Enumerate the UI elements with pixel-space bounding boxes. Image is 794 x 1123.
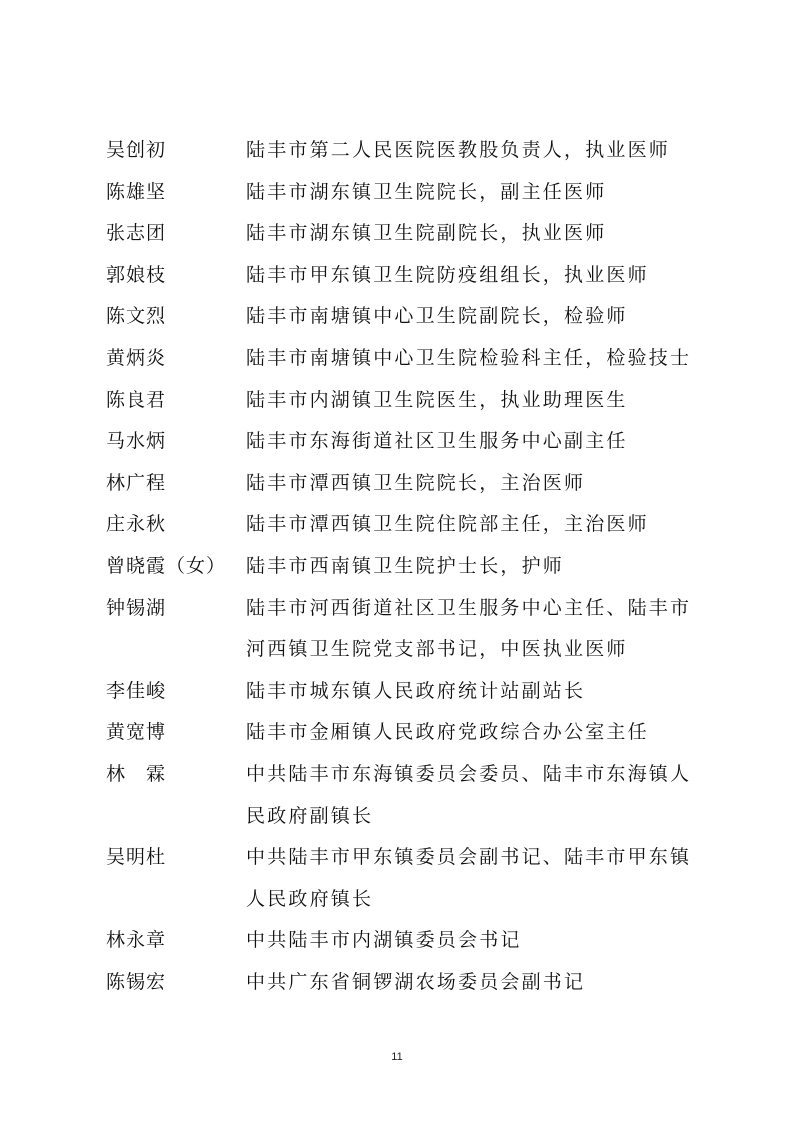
list-item: 庄永秋 陆丰市潭西镇卫生院住院部主任，主治医师 — [106, 504, 706, 546]
person-title: 中共陆丰市内湖镇委员会书记 — [246, 920, 706, 962]
person-title: 陆丰市潭西镇卫生院住院部主任，主治医师 — [246, 504, 706, 546]
person-name: 曾晓霞（女） — [106, 546, 246, 588]
personnel-list: 吴创初 陆丰市第二人民医院医教股负责人，执业医师 陈雄坚 陆丰市湖东镇卫生院院长… — [106, 130, 706, 1003]
list-item: 曾晓霞（女） 陆丰市西南镇卫生院护士长，护师 — [106, 546, 706, 588]
list-item: 郭娘枝 陆丰市甲东镇卫生院防疫组组长，执业医师 — [106, 255, 706, 297]
person-title: 陆丰市西南镇卫生院护士长，护师 — [246, 546, 706, 588]
person-name: 郭娘枝 — [106, 255, 246, 297]
title-line: 陆丰市湖东镇卫生院副院长，执业医师 — [246, 213, 706, 255]
list-item: 林永章 中共陆丰市内湖镇委员会书记 — [106, 920, 706, 962]
title-line: 中共广东省铜锣湖农场委员会副书记 — [246, 962, 706, 1004]
person-name: 马水炳 — [106, 421, 246, 463]
person-title: 陆丰市南塘镇中心卫生院副院长，检验师 — [246, 296, 706, 338]
person-name: 钟锡湖 — [106, 588, 246, 630]
title-line: 陆丰市第二人民医院医教股负责人，执业医师 — [246, 130, 706, 172]
person-name: 陈锡宏 — [106, 962, 246, 1004]
title-line: 陆丰市东海街道社区卫生服务中心副主任 — [246, 421, 706, 463]
title-line: 陆丰市城东镇人民政府统计站副站长 — [246, 671, 706, 713]
title-line: 陆丰市内湖镇卫生院医生，执业助理医生 — [246, 380, 706, 422]
list-item: 钟锡湖 陆丰市河西街道社区卫生服务中心主任、陆丰市 河西镇卫生院党支部书记，中医… — [106, 588, 706, 671]
person-name: 陈文烈 — [106, 296, 246, 338]
person-name: 张志团 — [106, 213, 246, 255]
list-item: 马水炳 陆丰市东海街道社区卫生服务中心副主任 — [106, 421, 706, 463]
title-line: 中共陆丰市东海镇委员会委员、陆丰市东海镇人 — [246, 754, 706, 796]
person-name: 李佳峻 — [106, 671, 246, 713]
list-item: 林 霖 中共陆丰市东海镇委员会委员、陆丰市东海镇人 民政府副镇长 — [106, 754, 706, 837]
list-item: 陈文烈 陆丰市南塘镇中心卫生院副院长，检验师 — [106, 296, 706, 338]
page-number: 11 — [0, 1051, 794, 1063]
title-line: 陆丰市潭西镇卫生院院长，主治医师 — [246, 463, 706, 505]
person-title: 陆丰市湖东镇卫生院院长，副主任医师 — [246, 172, 706, 214]
document-page: 吴创初 陆丰市第二人民医院医教股负责人，执业医师 陈雄坚 陆丰市湖东镇卫生院院长… — [0, 0, 794, 1123]
person-name: 林永章 — [106, 920, 246, 962]
person-name: 黄炳炎 — [106, 338, 246, 380]
person-name: 庄永秋 — [106, 504, 246, 546]
list-item: 吴明杜 中共陆丰市甲东镇委员会副书记、陆丰市甲东镇 人民政府镇长 — [106, 837, 706, 920]
title-line: 陆丰市湖东镇卫生院院长，副主任医师 — [246, 172, 706, 214]
title-line: 陆丰市金厢镇人民政府党政综合办公室主任 — [246, 712, 706, 754]
person-title: 中共广东省铜锣湖农场委员会副书记 — [246, 962, 706, 1004]
list-item: 林广程 陆丰市潭西镇卫生院院长，主治医师 — [106, 463, 706, 505]
person-title: 陆丰市甲东镇卫生院防疫组组长，执业医师 — [246, 255, 706, 297]
person-name: 林广程 — [106, 463, 246, 505]
person-name: 黄宽博 — [106, 712, 246, 754]
title-line: 河西镇卫生院党支部书记，中医执业医师 — [246, 629, 706, 671]
person-title: 中共陆丰市甲东镇委员会副书记、陆丰市甲东镇 人民政府镇长 — [246, 837, 706, 920]
person-title: 陆丰市潭西镇卫生院院长，主治医师 — [246, 463, 706, 505]
title-line: 陆丰市甲东镇卫生院防疫组组长，执业医师 — [246, 255, 706, 297]
person-title: 中共陆丰市东海镇委员会委员、陆丰市东海镇人 民政府副镇长 — [246, 754, 706, 837]
person-name: 陈雄坚 — [106, 172, 246, 214]
list-item: 陈良君 陆丰市内湖镇卫生院医生，执业助理医生 — [106, 380, 706, 422]
list-item: 黄宽博 陆丰市金厢镇人民政府党政综合办公室主任 — [106, 712, 706, 754]
person-name: 吴明杜 — [106, 837, 246, 879]
person-title: 陆丰市湖东镇卫生院副院长，执业医师 — [246, 213, 706, 255]
title-line: 陆丰市南塘镇中心卫生院检验科主任，检验技士 — [246, 338, 706, 380]
list-item: 张志团 陆丰市湖东镇卫生院副院长，执业医师 — [106, 213, 706, 255]
title-line: 陆丰市西南镇卫生院护士长，护师 — [246, 546, 706, 588]
title-line: 陆丰市河西街道社区卫生服务中心主任、陆丰市 — [246, 588, 706, 630]
list-item: 陈雄坚 陆丰市湖东镇卫生院院长，副主任医师 — [106, 172, 706, 214]
person-title: 陆丰市第二人民医院医教股负责人，执业医师 — [246, 130, 706, 172]
title-line: 人民政府镇长 — [246, 879, 706, 921]
person-title: 陆丰市金厢镇人民政府党政综合办公室主任 — [246, 712, 706, 754]
person-title: 陆丰市南塘镇中心卫生院检验科主任，检验技士 — [246, 338, 706, 380]
list-item: 陈锡宏 中共广东省铜锣湖农场委员会副书记 — [106, 962, 706, 1004]
person-title: 陆丰市河西街道社区卫生服务中心主任、陆丰市 河西镇卫生院党支部书记，中医执业医师 — [246, 588, 706, 671]
person-title: 陆丰市城东镇人民政府统计站副站长 — [246, 671, 706, 713]
person-title: 陆丰市东海街道社区卫生服务中心副主任 — [246, 421, 706, 463]
title-line: 中共陆丰市甲东镇委员会副书记、陆丰市甲东镇 — [246, 837, 706, 879]
person-name: 吴创初 — [106, 130, 246, 172]
list-item: 吴创初 陆丰市第二人民医院医教股负责人，执业医师 — [106, 130, 706, 172]
title-line: 民政府副镇长 — [246, 796, 706, 838]
title-line: 陆丰市潭西镇卫生院住院部主任，主治医师 — [246, 504, 706, 546]
person-name: 陈良君 — [106, 380, 246, 422]
person-name: 林 霖 — [106, 754, 246, 796]
title-line: 陆丰市南塘镇中心卫生院副院长，检验师 — [246, 296, 706, 338]
person-title: 陆丰市内湖镇卫生院医生，执业助理医生 — [246, 380, 706, 422]
title-line: 中共陆丰市内湖镇委员会书记 — [246, 920, 706, 962]
list-item: 黄炳炎 陆丰市南塘镇中心卫生院检验科主任，检验技士 — [106, 338, 706, 380]
list-item: 李佳峻 陆丰市城东镇人民政府统计站副站长 — [106, 671, 706, 713]
